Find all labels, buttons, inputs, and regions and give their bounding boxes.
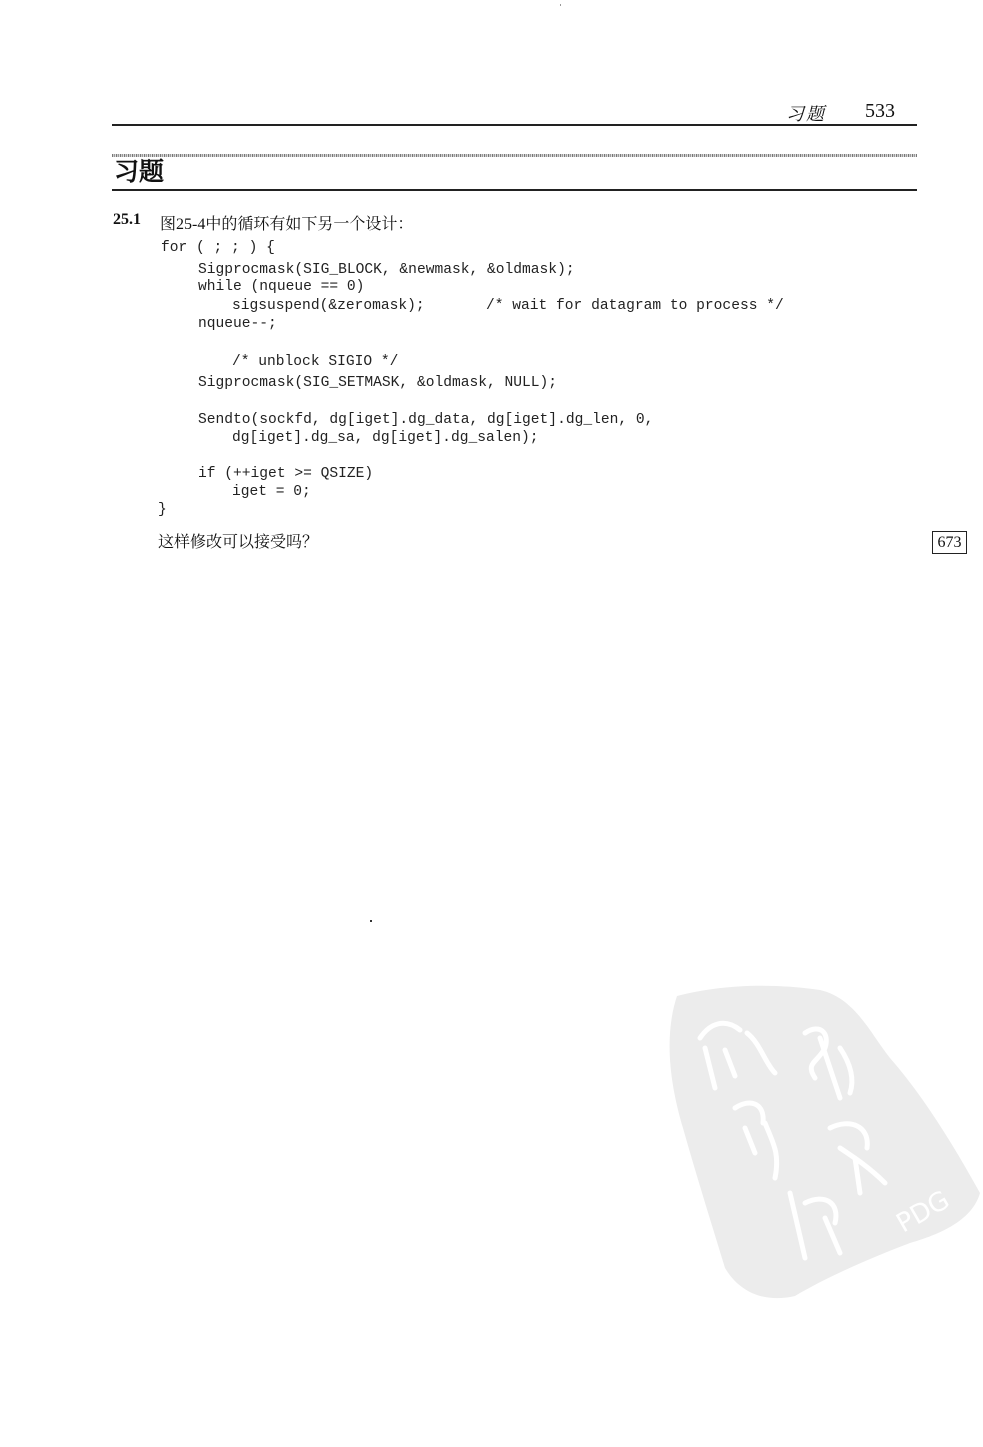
exercise-prompt: 图25-4中的循环有如下另一个设计： (160, 211, 413, 234)
code-line: /* unblock SIGIO */ (232, 353, 398, 371)
code-line: while (nqueue == 0) (198, 278, 364, 296)
header-rule (112, 124, 917, 126)
running-head-page-number: 533 (865, 100, 895, 124)
section-title: 习题 (114, 152, 164, 188)
exercise-question: 这样修改可以接受吗？ (158, 529, 318, 552)
code-line: for ( ; ; ) { (161, 239, 275, 257)
section-hatch-rule (112, 154, 917, 157)
scan-speck (560, 4, 561, 6)
code-line: nqueue--; (198, 315, 277, 333)
code-line: Sendto(sockfd, dg[iget].dg_data, dg[iget… (198, 411, 653, 429)
code-line: iget = 0; (232, 483, 311, 501)
code-line: Sigprocmask(SIG_BLOCK, &newmask, &oldmas… (198, 261, 575, 279)
scan-speck (370, 920, 372, 922)
exercise-number: 25.1 (113, 211, 141, 229)
code-line: dg[iget].dg_sa, dg[iget].dg_salen); (232, 429, 539, 447)
original-page-marker: 673 (932, 531, 967, 554)
pdg-watermark-seal: PDG (655, 978, 983, 1308)
code-line: Sigprocmask(SIG_SETMASK, &oldmask, NULL)… (198, 374, 557, 392)
seal-icon: PDG (655, 978, 983, 1308)
section-bottom-rule (112, 189, 917, 191)
code-line: } (158, 501, 167, 519)
running-head-section: 习题 (786, 100, 826, 124)
code-line: if (++iget >= QSIZE) (198, 465, 373, 483)
code-line: sigsuspend(&zeromask); /* wait for datag… (232, 297, 784, 315)
